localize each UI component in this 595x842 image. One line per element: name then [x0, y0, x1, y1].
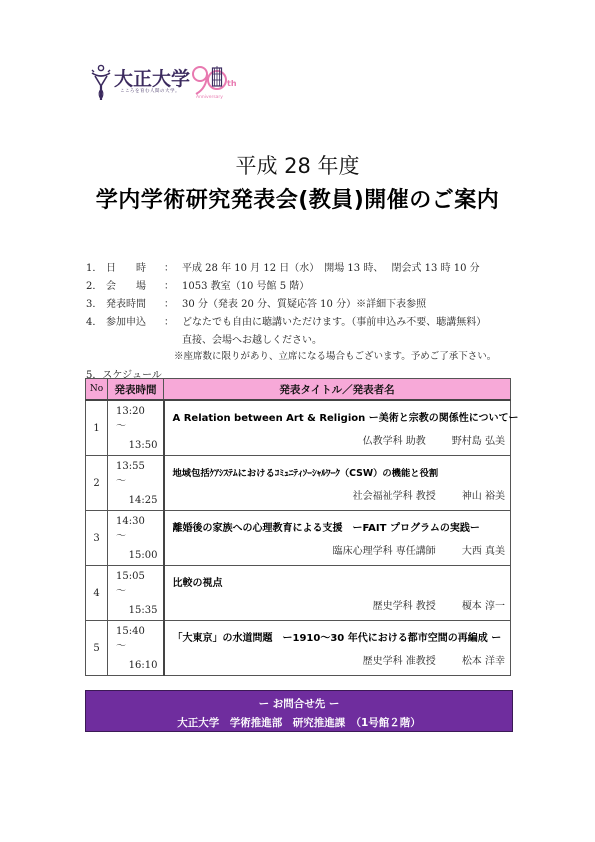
presentation-title: 比較の視点: [173, 574, 506, 589]
row-number: 4: [86, 566, 108, 621]
end-time: 15:35: [113, 605, 158, 616]
start-time: 15:05 〜: [113, 571, 158, 597]
presenter-dept: 社会福祉学科 教授: [353, 491, 436, 502]
presenter: 仏教学科 助教野村島 弘美: [173, 432, 506, 447]
presentation-title: A Relation between Art & Religion ー美術と宗教…: [173, 409, 506, 424]
row-time: 15:05 〜 15:35: [108, 566, 164, 621]
row-number: 3: [86, 511, 108, 566]
start-time: 13:20 〜: [113, 406, 158, 432]
presenter: 社会福祉学科 教授神山 裕美: [173, 487, 506, 502]
info-venue: 2．会 場：1053 教室（10 号館 5 階）: [86, 277, 309, 292]
end-time: 13:50: [113, 440, 158, 451]
presenter-dept: 歴史学科 教授: [373, 601, 436, 612]
start-time: 15:40 〜: [113, 626, 158, 652]
row-content: A Relation between Art & Religion ー美術と宗教…: [164, 400, 511, 456]
schedule-table: No 発表時間 発表タイトル／発表者名 1 13:20 〜 13:50 A Re…: [85, 378, 511, 676]
column-header-no: No: [86, 379, 108, 401]
end-time: 14:25: [113, 495, 158, 506]
university-emblem-icon: [90, 64, 112, 102]
row-time: 14:30 〜 15:00: [108, 511, 164, 566]
start-time: 13:55 〜: [113, 461, 158, 487]
presenter-name: 野村島 弘美: [452, 432, 505, 447]
row-content: 地域包括ｹｱｼｽﾃﾑにおけるｺﾐｭﾆﾃｨｿｰｼｬﾙﾜｰｸ（CSW）の機能と役割 …: [164, 456, 511, 511]
presenter-dept: 仏教学科 助教: [363, 436, 426, 447]
page-title: 学内学術研究発表会(教員)開催のご案内: [0, 183, 595, 214]
row-number: 5: [86, 621, 108, 676]
table-row: 3 14:30 〜 15:00 離婚後の家族への心理教育による支援 ーFAIT …: [86, 511, 511, 566]
svg-text:th: th: [227, 79, 237, 88]
table-row: 2 13:55 〜 14:25 地域包括ｹｱｼｽﾃﾑにおけるｺﾐｭﾆﾃｨｿｰｼｬ…: [86, 456, 511, 511]
presenter-dept: 臨床心理学科 専任講師: [333, 546, 436, 557]
university-name: 大正大学: [114, 64, 190, 91]
end-time: 15:00: [113, 550, 158, 561]
row-content: 「大東京」の水道問題 ー1910〜30 年代における都市空間の再編成 ー 歴史学…: [164, 621, 511, 676]
presenter-dept: 歴史学科 准教授: [363, 656, 436, 667]
row-content: 比較の視点 歴史学科 教授榎本 淳一: [164, 566, 511, 621]
table-row: 4 15:05 〜 15:35 比較の視点 歴史学科 教授榎本 淳一: [86, 566, 511, 621]
presenter: 臨床心理学科 専任講師大西 真美: [173, 542, 506, 557]
info-duration: 3．発表時間：30 分（発表 20 分、質疑応答 10 分）※詳細下表参照: [86, 295, 426, 310]
start-time: 14:30 〜: [113, 516, 158, 542]
table-row: 1 13:20 〜 13:50 A Relation between Art &…: [86, 400, 511, 456]
presenter-name: 神山 裕美: [462, 487, 505, 502]
column-header-title: 発表タイトル／発表者名: [164, 379, 511, 401]
presenter-name: 大西 真美: [462, 542, 505, 557]
table-header-row: No 発表時間 発表タイトル／発表者名: [86, 379, 511, 401]
row-content: 離婚後の家族への心理教育による支援 ーFAIT プログラムの実践ー 臨床心理学科…: [164, 511, 511, 566]
row-time: 13:20 〜 13:50: [108, 400, 164, 456]
seating-note: ※座席数に限りがあり、立席になる場合もございます。予めご了承下さい。: [174, 348, 496, 362]
presentation-title: 「大東京」の水道問題 ー1910〜30 年代における都市空間の再編成 ー: [173, 629, 506, 644]
table-row: 5 15:40 〜 16:10 「大東京」の水道問題 ー1910〜30 年代にお…: [86, 621, 511, 676]
svg-text:Anniversary: Anniversary: [196, 94, 223, 100]
info-registration-continued: 直接、会場へお越しください。: [182, 331, 322, 346]
contact-box: ー お問合せ先 ー 大正大学 学術推進部 研究推進課 （1号館２階）: [85, 690, 513, 732]
contact-heading: ー お問合せ先 ー: [86, 696, 512, 711]
anniversary-90th-icon: th Anniversary: [190, 62, 240, 102]
presenter-name: 松本 洋幸: [462, 652, 505, 667]
end-time: 16:10: [113, 660, 158, 671]
presenter: 歴史学科 教授榎本 淳一: [173, 597, 506, 612]
contact-detail: 大正大学 学術推進部 研究推進課 （1号館２階）: [86, 715, 512, 730]
presentation-title: 地域包括ｹｱｼｽﾃﾑにおけるｺﾐｭﾆﾃｨｿｰｼｬﾙﾜｰｸ（CSW）の機能と役割: [173, 465, 506, 479]
row-time: 13:55 〜 14:25: [108, 456, 164, 511]
row-number: 1: [86, 400, 108, 456]
column-header-time: 発表時間: [108, 379, 164, 401]
presenter: 歴史学科 准教授松本 洋幸: [173, 652, 506, 667]
presentation-title: 離婚後の家族への心理教育による支援 ーFAIT プログラムの実践ー: [173, 519, 506, 534]
info-date: 1．日 時：平成 28 年 10 月 12 日（水） 開場 13 時、 閉会式 …: [86, 259, 480, 274]
presenter-name: 榎本 淳一: [462, 597, 505, 612]
row-time: 15:40 〜 16:10: [108, 621, 164, 676]
university-tagline: こころを育む人間の大学。: [120, 88, 180, 94]
info-registration: 4．参加申込：どなたでも自由に聴講いただけます。（事前申込み不要、聴講無料）: [86, 313, 486, 328]
row-number: 2: [86, 456, 108, 511]
year-title: 平成 28 年度: [0, 150, 595, 180]
